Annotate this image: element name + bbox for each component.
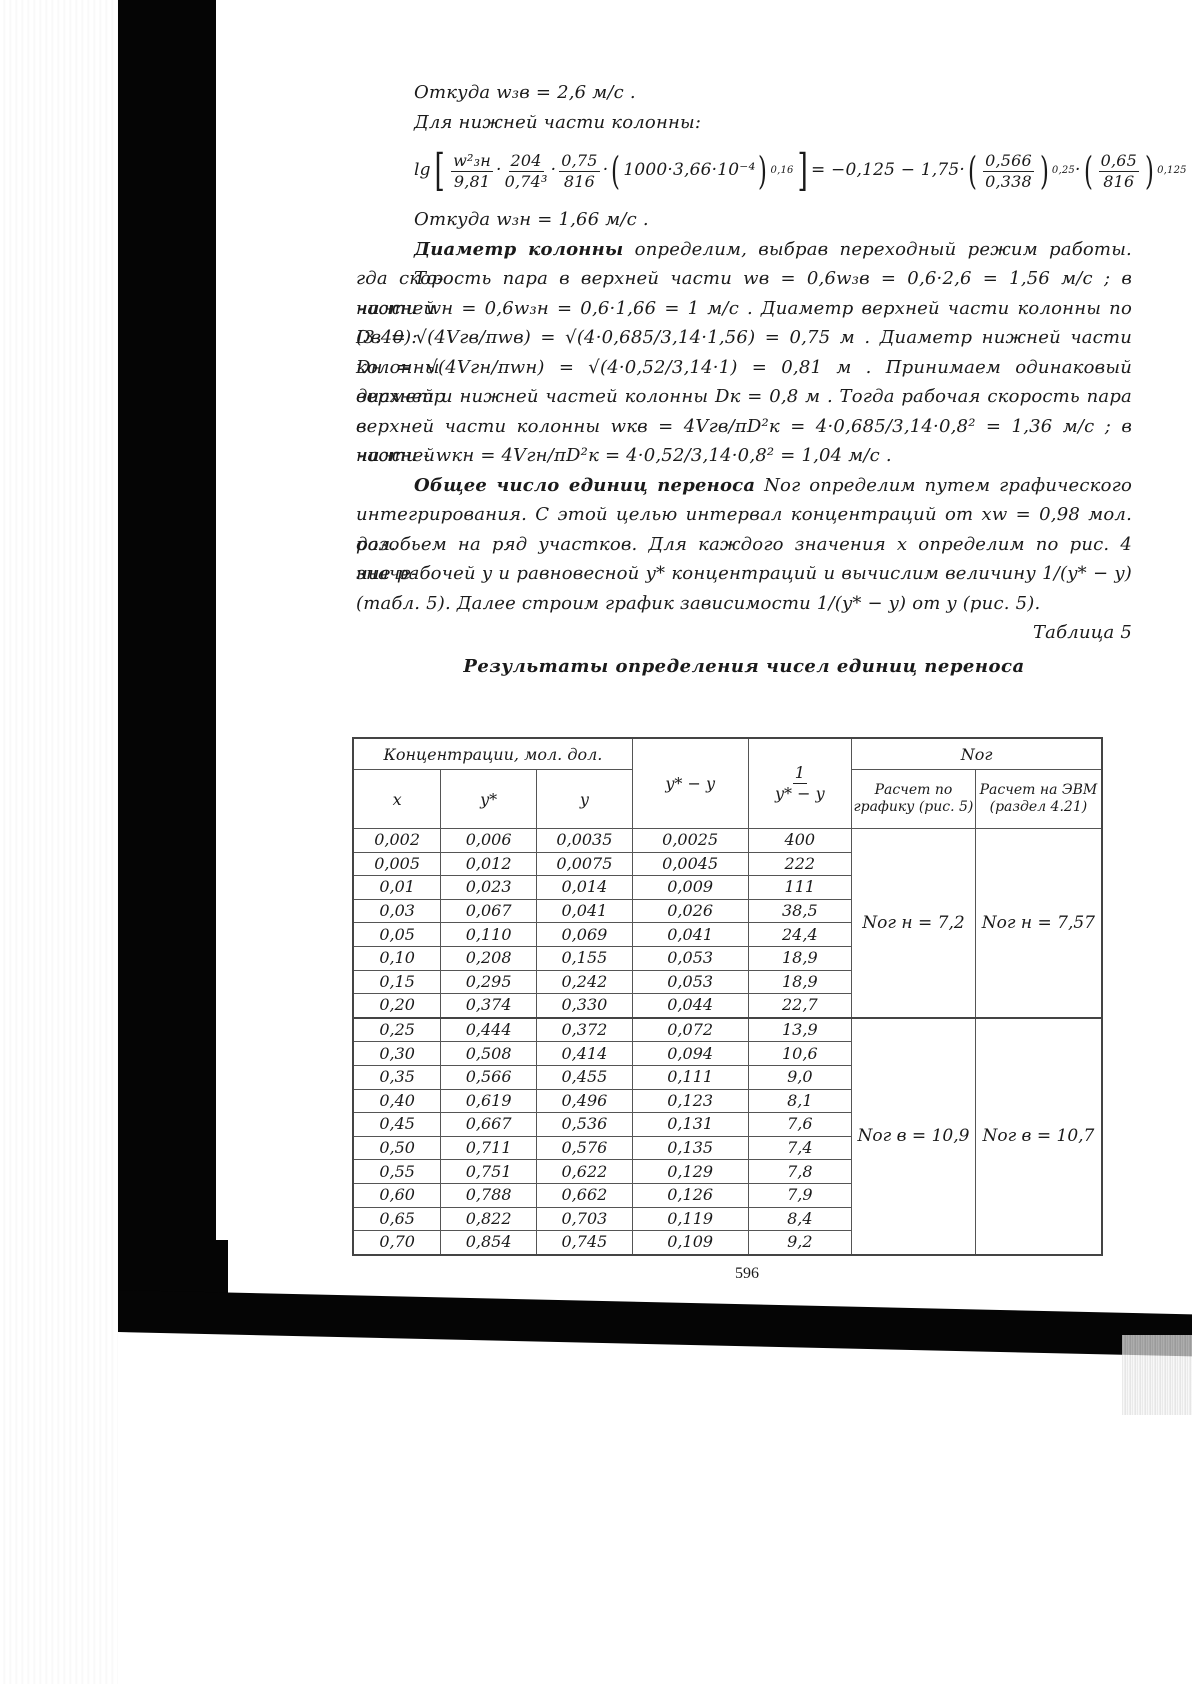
- table-cell: 0,622: [537, 1160, 633, 1184]
- formula-fraction: w²₃н 9,81: [451, 151, 493, 192]
- text-line: разобьем на ряд участков. Для каждого зн…: [356, 530, 1132, 560]
- fraction-numerator: w²₃н: [451, 151, 493, 172]
- header-concentrations: Концентрации, мол. дол.: [353, 738, 632, 770]
- table-cell: 0,65: [353, 1207, 441, 1231]
- formula-paren: ): [1145, 152, 1154, 190]
- text-span: Nог определим путем графического: [755, 475, 1132, 496]
- table-cell: 18,9: [748, 946, 852, 970]
- formula-fraction: 0,65 816: [1099, 151, 1139, 192]
- fraction-numerator: 0,75: [559, 151, 599, 172]
- formula-bracket: [: [434, 149, 444, 193]
- table-cell: 0,023: [441, 876, 537, 900]
- table-cell: 0,242: [537, 970, 633, 994]
- table-cell: 0,044: [632, 994, 748, 1018]
- header-by-computer: Расчет на ЭВМ (раздел 4.21): [975, 770, 1102, 829]
- table-cell: 0,619: [441, 1089, 537, 1113]
- table-cell: 0,536: [537, 1113, 633, 1137]
- n-og-lower-section-by-graph: Nог н = 7,2: [852, 829, 976, 1018]
- table-cell: 0,0075: [537, 852, 633, 876]
- formula-rhs: = −0,125 − 1,75·: [811, 156, 965, 186]
- formula-fraction: 0,566 0,338: [983, 151, 1034, 192]
- table-cell: 0,40: [353, 1089, 441, 1113]
- table-cell: 0,072: [632, 1018, 748, 1042]
- table-cell: 0,751: [441, 1160, 537, 1184]
- text-line: Общее число единиц переноса Nог определи…: [356, 471, 1132, 501]
- fraction-numerator: 1: [793, 763, 807, 784]
- table-cell: 0,03: [353, 899, 441, 923]
- table-cell: 0,067: [441, 899, 537, 923]
- table-cell: 9,2: [748, 1231, 852, 1255]
- formula-exponent: 0,16: [771, 156, 794, 186]
- text-line: верхней части колонны wкв = 4Vгв/πD²к = …: [356, 412, 1132, 442]
- table-cell: 0,041: [632, 923, 748, 947]
- scan-shadow-left: [118, 0, 216, 1312]
- header-y-star: y*: [441, 770, 537, 829]
- fraction-denominator: 9,81: [454, 172, 490, 192]
- header-y: y: [537, 770, 633, 829]
- table-cell: 7,8: [748, 1160, 852, 1184]
- formula-exponent: 0,125: [1157, 156, 1187, 186]
- text-line: Диаметр колонны определим, выбрав перехо…: [356, 235, 1132, 265]
- table-cell: 0,0045: [632, 852, 748, 876]
- fraction-denominator: 0,338: [985, 172, 1032, 192]
- text-line: ние рабочей y и равновесной y* концентра…: [356, 559, 1132, 589]
- formula-fraction: 0,75 816: [559, 151, 599, 192]
- text-line: Для нижней части колонны:: [356, 108, 1132, 138]
- table-cell: 0,012: [441, 852, 537, 876]
- table-cell: 0,123: [632, 1089, 748, 1113]
- table-cell: 0,208: [441, 946, 537, 970]
- table-cell: 0,109: [632, 1231, 748, 1255]
- fraction-denominator: 816: [1103, 172, 1134, 192]
- scan-noise-left: [0, 0, 118, 1684]
- table-cell: 0,60: [353, 1183, 441, 1207]
- table-cell: 0,111: [632, 1065, 748, 1089]
- table-cell: 0,15: [353, 970, 441, 994]
- formula-fraction: 204 0,74³: [505, 151, 548, 192]
- table-cell: 0,70: [353, 1231, 441, 1255]
- table-cell: 0,414: [537, 1042, 633, 1066]
- text-line: Откуда w₃н = 1,66 м/с .: [356, 205, 1132, 235]
- table-cell: 18,9: [748, 970, 852, 994]
- table-cell: 0,822: [441, 1207, 537, 1231]
- table-cell: 9,0: [748, 1065, 852, 1089]
- table-cell: 0,126: [632, 1183, 748, 1207]
- formula-bracket: ]: [797, 149, 807, 193]
- table-cell: 8,4: [748, 1207, 852, 1231]
- table-cell: 0,576: [537, 1136, 633, 1160]
- fraction-numerator: 0,566: [983, 151, 1034, 172]
- fraction-denominator: y* − y: [775, 784, 825, 804]
- n-og-upper-section-by-graph: Nог в = 10,9: [852, 1018, 976, 1255]
- table-cell: 7,6: [748, 1113, 852, 1137]
- table-cell: 0,041: [537, 899, 633, 923]
- formula: lg [ w²₃н 9,81 · 204 0,74³ · 0,75 816 · …: [356, 137, 1132, 205]
- formula-lg: lg: [414, 156, 431, 186]
- text-line: части - wкн = 4Vгн/πD²к = 4·0,52/3,14·0,…: [356, 441, 1132, 471]
- table-cell: 0,0035: [537, 829, 633, 853]
- n-og-lower-section-by-computer: Nог н = 7,57: [975, 829, 1102, 1018]
- text-line: Откуда w₃в = 2,6 м/с .: [356, 78, 1132, 108]
- table-cell: 10,6: [748, 1042, 852, 1066]
- table-cell: 0,295: [441, 970, 537, 994]
- table-cell: 7,9: [748, 1183, 852, 1207]
- table-cell: 0,372: [537, 1018, 633, 1042]
- text-line: Dв = √(4Vгв/πwв) = √(4·0,685/3,14·1,56) …: [356, 323, 1132, 353]
- table-cell: 0,50: [353, 1136, 441, 1160]
- table-cell: 0,01: [353, 876, 441, 900]
- table-cell: 0,110: [441, 923, 537, 947]
- bold-heading: Диаметр колонны: [414, 239, 623, 260]
- n-og-upper-section-by-computer: Nог в = 10,7: [975, 1018, 1102, 1255]
- table-cell: 0,119: [632, 1207, 748, 1231]
- header-inverse: 1 y* − y: [748, 738, 852, 829]
- text-line: гда скорость пара в верхней части wв = 0…: [356, 264, 1132, 294]
- formula-paren-expr: 1000·3,66·10⁻⁴: [623, 156, 755, 186]
- fraction-numerator: 204: [509, 151, 544, 172]
- table-cell: 0,053: [632, 970, 748, 994]
- table-cell: 111: [748, 876, 852, 900]
- formula-paren: ): [758, 152, 767, 190]
- table-cell: 0,30: [353, 1042, 441, 1066]
- table-caption: Результаты определения чисел единиц пере…: [356, 652, 1132, 682]
- fraction-numerator: 0,65: [1099, 151, 1139, 172]
- table-cell: 222: [748, 852, 852, 876]
- table-cell: 0,25: [353, 1018, 441, 1042]
- table-cell: 0,703: [537, 1207, 633, 1231]
- formula-paren: (: [611, 152, 620, 190]
- table-cell: 0,135: [632, 1136, 748, 1160]
- table-cell: 0,002: [353, 829, 441, 853]
- table-cell: 0,094: [632, 1042, 748, 1066]
- table-cell: 0,745: [537, 1231, 633, 1255]
- text-line: части wн = 0,6w₃н = 0,6·1,66 = 1 м/с . Д…: [356, 294, 1132, 324]
- header-inverse-fraction: 1 y* − y: [775, 763, 825, 804]
- table-cell: 0,005: [353, 852, 441, 876]
- scan-noise-right: [1122, 1335, 1192, 1415]
- table-cell: 0,026: [632, 899, 748, 923]
- header-x: x: [353, 770, 441, 829]
- text-line: (табл. 5). Далее строим график зависимос…: [356, 589, 1132, 619]
- table-cell: 0,35: [353, 1065, 441, 1089]
- page-body: Откуда w₃в = 2,6 м/с . Для нижней части …: [356, 78, 1132, 681]
- fraction-denominator: 0,74³: [505, 172, 548, 192]
- header-diff: y* − y: [632, 738, 748, 829]
- table-cell: 7,4: [748, 1136, 852, 1160]
- bold-heading: Общее число единиц переноса: [414, 475, 755, 496]
- table-cell: 0,0025: [632, 829, 748, 853]
- table-cell: 0,006: [441, 829, 537, 853]
- table-cell: 0,05: [353, 923, 441, 947]
- header-by-graph: Расчет по графику (рис. 5): [852, 770, 976, 829]
- scan-shadow-bottom: [118, 1290, 1192, 1356]
- table-cell: 0,131: [632, 1113, 748, 1137]
- table-label: Таблица 5: [356, 618, 1132, 648]
- table-cell: 0,496: [537, 1089, 633, 1113]
- table-cell: 0,053: [632, 946, 748, 970]
- table-cell: 0,009: [632, 876, 748, 900]
- table-cell: 22,7: [748, 994, 852, 1018]
- table-cell: 0,20: [353, 994, 441, 1018]
- page-number: 596: [735, 1265, 759, 1283]
- table-cell: 0,455: [537, 1065, 633, 1089]
- table-cell: 0,014: [537, 876, 633, 900]
- table-cell: 8,1: [748, 1089, 852, 1113]
- table-cell: 0,788: [441, 1183, 537, 1207]
- table-cell: 38,5: [748, 899, 852, 923]
- table-cell: 24,4: [748, 923, 852, 947]
- table-cell: 0,155: [537, 946, 633, 970]
- table-cell: 0,508: [441, 1042, 537, 1066]
- formula-paren: (: [1084, 152, 1093, 190]
- header-n-og: Nог: [852, 738, 1102, 770]
- table-cell: 0,55: [353, 1160, 441, 1184]
- formula-paren: ): [1040, 152, 1049, 190]
- text-line: интегрирования. С этой целью интервал ко…: [356, 500, 1132, 530]
- table-cell: 0,444: [441, 1018, 537, 1042]
- table-cell: 0,069: [537, 923, 633, 947]
- table-cell: 0,854: [441, 1231, 537, 1255]
- table-cell: 0,566: [441, 1065, 537, 1089]
- table-cell: 0,662: [537, 1183, 633, 1207]
- table-cell: 400: [748, 829, 852, 853]
- formula-exponent: 0,25: [1052, 156, 1075, 186]
- formula-paren: (: [968, 152, 977, 190]
- table-cell: 13,9: [748, 1018, 852, 1042]
- table-cell: 0,667: [441, 1113, 537, 1137]
- table-cell: 0,10: [353, 946, 441, 970]
- table-row: 0,0020,0060,00350,0025400Nог н = 7,2Nог …: [353, 829, 1102, 853]
- table-row: 0,250,4440,3720,07213,9Nог в = 10,9Nог в…: [353, 1018, 1102, 1042]
- results-table: Концентрации, мол. дол. y* − y 1 y* − y …: [352, 737, 1103, 1256]
- table-cell: 0,45: [353, 1113, 441, 1137]
- table-cell: 0,374: [441, 994, 537, 1018]
- table-cell: 0,330: [537, 994, 633, 1018]
- fraction-denominator: 816: [564, 172, 595, 192]
- table-cell: 0,711: [441, 1136, 537, 1160]
- table-cell: 0,129: [632, 1160, 748, 1184]
- text-line: Dн = √(4Vгн/πwн) = √(4·0,52/3,14·1) = 0,…: [356, 353, 1132, 383]
- text-line: верхней и нижней частей колонны Dк = 0,8…: [356, 382, 1132, 412]
